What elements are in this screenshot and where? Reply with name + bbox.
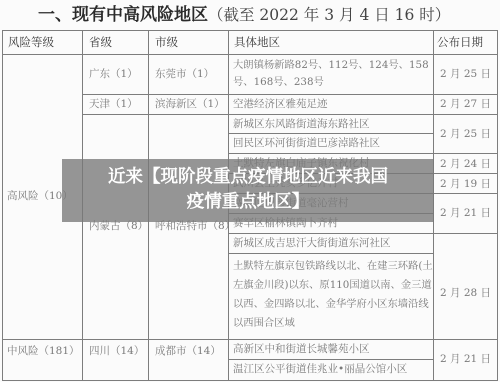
area-cell: 大朗镇杨新路82号、112号、124号、158号、168号、238号 xyxy=(233,57,438,91)
city-cell: 成都市（14） xyxy=(155,344,221,359)
header-divider xyxy=(2,54,498,55)
table-border-bottom xyxy=(2,380,498,381)
city-cell: 滨海新区（1） xyxy=(155,97,225,112)
area-cell: 高新区中和街道长城馨苑小区 xyxy=(233,342,370,357)
header-risk-level: 风险等级 xyxy=(8,35,54,50)
date-cell: 2 月 28 日 xyxy=(440,286,491,301)
city-cell: 东莞市（1） xyxy=(155,67,214,82)
area-cell: 温江区公平街道佳兆业•丽晶公馆小区 xyxy=(233,362,407,377)
table-border-right xyxy=(497,30,498,381)
header-area: 具体地区 xyxy=(234,35,280,50)
date-cell: 2 月 21 日 xyxy=(440,352,491,367)
overlay-line-1: 近来【现阶段重点疫情地区近来我国 xyxy=(62,165,434,190)
date-cell: 2 月 25 日 xyxy=(440,67,491,82)
risk-level-medium: 中风险（181） xyxy=(7,344,80,359)
province-cell: 广东（1） xyxy=(89,67,138,82)
overlay-line-2: 疫情重点地区】 xyxy=(62,190,434,215)
risk-divider xyxy=(2,339,498,340)
area-cell: 空港经济区雅苑足迹 xyxy=(233,97,328,112)
area-cell: 新城区成吉思汗大街街道东河社区 xyxy=(233,236,391,251)
row-divider xyxy=(228,233,498,234)
area-cell: 土默特左旗京包铁路线以北、在建三环路(土左旗金川段)以东、原110国道以南、金三… xyxy=(233,257,438,333)
row-divider xyxy=(228,359,433,360)
table-border-left xyxy=(2,30,3,381)
date-cell: 2 月 21 日 xyxy=(440,206,491,221)
date-cell: 2 月 19 日 xyxy=(440,177,491,192)
row-divider xyxy=(228,253,433,254)
headline-overlay: 近来【现阶段重点疫情地区近来我国 疫情重点地区】 xyxy=(62,159,434,222)
row-divider xyxy=(228,153,498,154)
province-cell: 天津（1） xyxy=(89,97,138,112)
province-cell: 四川（14） xyxy=(89,344,144,359)
area-cell: 新城区东风路街道海东路社区 xyxy=(233,117,370,132)
row-divider xyxy=(82,114,498,115)
header-city: 市级 xyxy=(155,35,178,50)
table-border-top xyxy=(2,30,498,31)
area-cell: 回民区环河街街道巴彦淖路社区 xyxy=(233,136,380,151)
date-cell: 2 月 27 日 xyxy=(440,97,491,112)
header-date: 公布日期 xyxy=(437,35,483,50)
date-cell: 2 月 24 日 xyxy=(440,157,491,172)
row-divider xyxy=(228,133,433,134)
row-divider xyxy=(82,94,498,95)
date-cell: 2 月 25 日 xyxy=(440,127,491,142)
header-province: 省级 xyxy=(89,35,112,50)
